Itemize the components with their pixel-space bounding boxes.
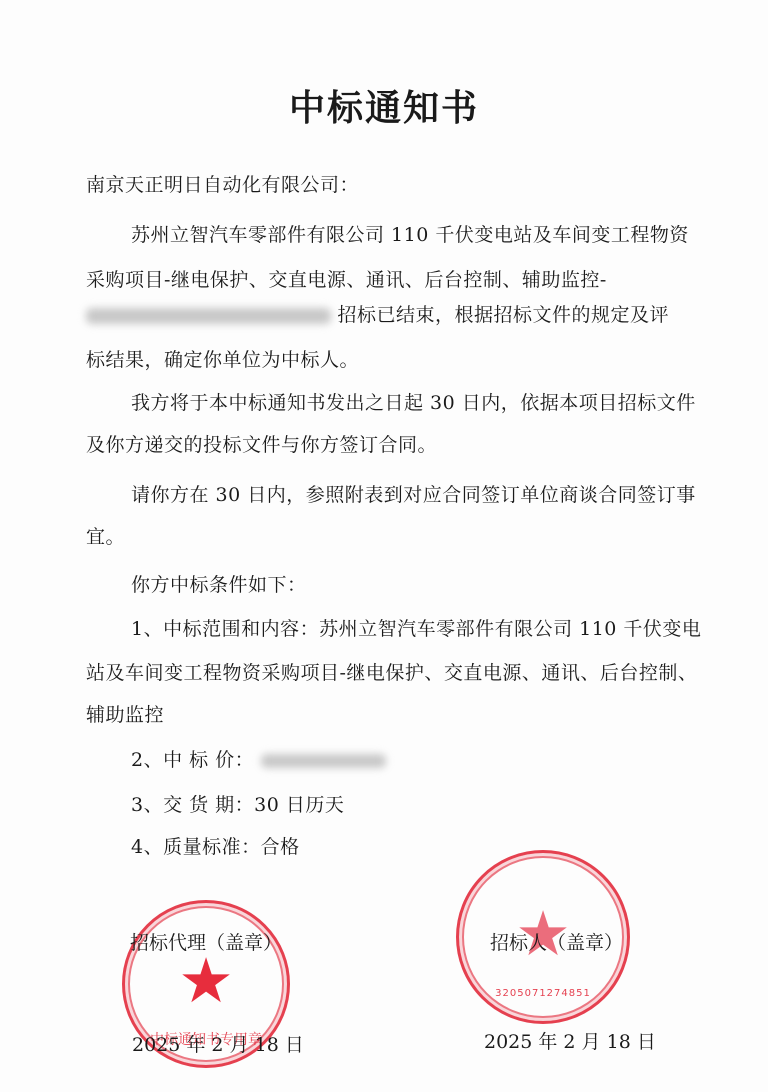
recipient: 南京天正明日自动化有限公司： [86,170,359,197]
condition-4-value: 合格 [261,836,300,858]
condition-1-line-3: 辅助监控 [86,700,164,727]
condition-3: 3、交 货 期：30 日历天 [131,790,344,817]
agent-signature-label: 招标代理（盖章） [130,928,282,955]
paragraph-1-line-4: 标结果，确定你单位为中标人。 [86,345,359,372]
paragraph-1-line-3-text: 招标已结束，根据招标文件的规定及评 [338,304,670,326]
paragraph-2-line-1: 我方将于本中标通知书发出之日起 30 日内，依据本项目招标文件 [131,388,696,415]
condition-3-value: 30 日历天 [254,794,344,816]
paragraph-1-line-1: 苏州立智汽车零部件有限公司 110 千伏变电站及车间变工程物资 [131,220,689,247]
condition-4-label: 4、质量标准： [131,836,261,858]
paragraph-3-line-1: 请你方在 30 日内，参照附表到对应合同签订单位商谈合同签订事 [131,480,696,507]
redacted-bid-price [261,754,386,768]
paragraph-2-line-2: 及你方递交的投标文件与你方签订合同。 [86,430,437,457]
tenderer-signature-label: 招标人（盖章） [490,928,623,955]
paragraph-3-line-2: 宜。 [86,522,125,549]
condition-1-line-2: 站及车间变工程物资采购项目-继电保护、交直电源、通讯、后台控制、 [86,658,697,685]
condition-2: 2、中 标 价： [131,745,386,772]
agent-date: 2025 年 2 月 18 日 [132,1030,304,1057]
star-icon: ★ [178,950,234,1012]
condition-1-line-1: 1、中标范围和内容：苏州立智汽车零部件有限公司 110 千伏变电 [131,614,701,641]
conditions-intro: 你方中标条件如下： [131,570,307,597]
paragraph-1-line-3: 招标已结束，根据招标文件的规定及评 [86,300,669,327]
condition-4: 4、质量标准：合格 [131,832,300,859]
redacted-project-code [86,308,331,324]
page-title: 中标通知书 [0,80,768,131]
tenderer-date: 2025 年 2 月 18 日 [484,1027,656,1054]
paragraph-1-line-2: 采购项目-继电保护、交直电源、通讯、后台控制、辅助监控- [86,265,607,292]
condition-3-label: 3、交 货 期： [131,794,254,816]
tenderer-seal-code: 3205071274851 [459,988,627,999]
condition-2-label: 2、中 标 价： [131,749,254,771]
